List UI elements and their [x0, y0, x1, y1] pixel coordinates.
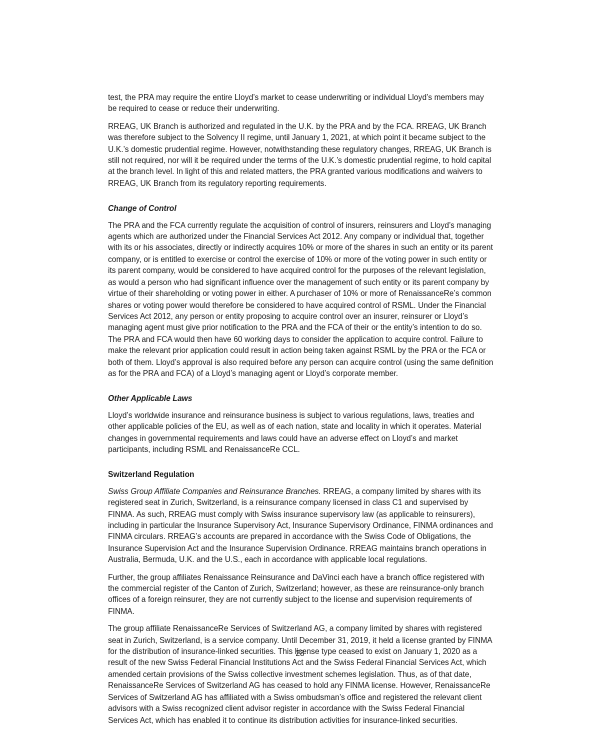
paragraph: The PRA and the FCA currently regulate t… [108, 220, 494, 380]
paragraph-text: RREAG, a company limited by shares with … [108, 487, 493, 564]
lead-in-italic: Swiss Group Affiliate Companies and Rein… [108, 487, 321, 496]
paragraph: RREAG, UK Branch is authorized and regul… [108, 121, 494, 189]
paragraph: Lloyd’s worldwide insurance and reinsura… [108, 410, 494, 456]
paragraph: Further, the group affiliates Renaissanc… [108, 572, 494, 618]
section-heading-change-of-control: Change of Control [108, 203, 494, 214]
section-heading-switzerland-regulation: Switzerland Regulation [108, 469, 494, 480]
section-heading-other-applicable-laws: Other Applicable Laws [108, 393, 494, 404]
page-number: 28 [0, 649, 600, 658]
paragraph: The group affiliate RenaissanceRe Servic… [108, 623, 494, 726]
document-page: test, the PRA may require the entire Llo… [108, 92, 494, 732]
paragraph: Swiss Group Affiliate Companies and Rein… [108, 486, 494, 566]
paragraph: test, the PRA may require the entire Llo… [108, 92, 494, 115]
